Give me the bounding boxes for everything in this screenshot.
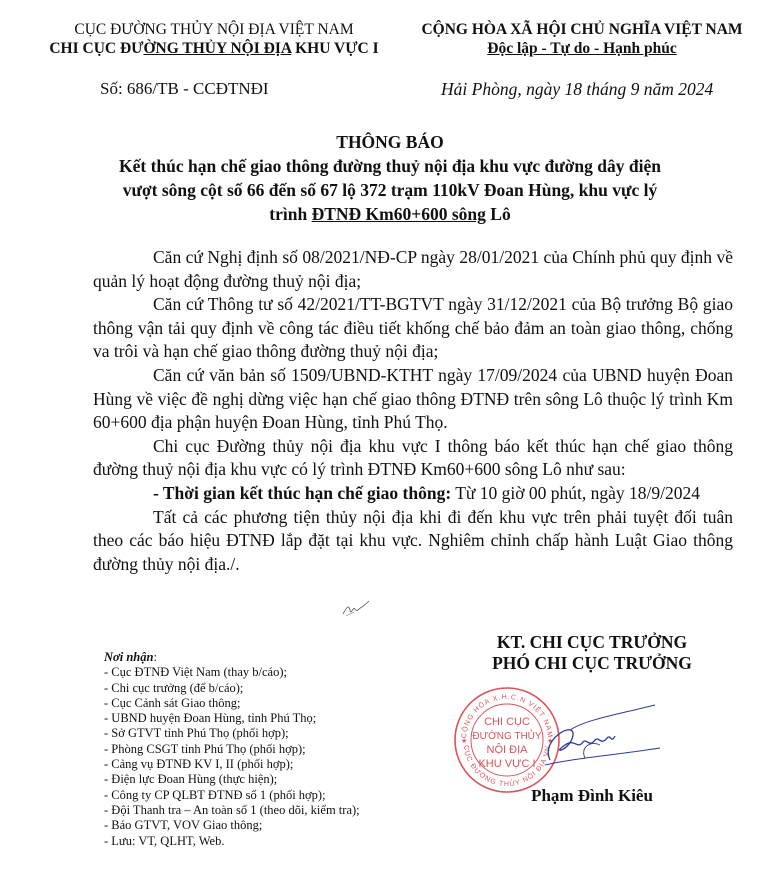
- notice-heading: THÔNG BÁO: [60, 130, 720, 154]
- svg-text:NỘI ĐỊA: NỘI ĐỊA: [487, 743, 529, 756]
- country-name: CỘNG HÒA XÃ HỘI CHỦ NGHĨA VIỆT NAM: [402, 20, 762, 39]
- end-time-item: - Thời gian kết thúc hạn chế giao thông:…: [93, 482, 733, 506]
- recipient-item: - Đội Thanh tra – An toàn số 1 (theo dõi…: [104, 803, 360, 818]
- notice-title-block: THÔNG BÁO Kết thúc hạn chế giao thông đư…: [60, 130, 720, 226]
- place-and-date: Hải Phòng, ngày 18 tháng 9 năm 2024: [441, 79, 713, 100]
- subject-underline: ĐTNĐ Km60+600 sông: [312, 204, 486, 224]
- svg-text:ĐƯỜNG THỦY: ĐƯỜNG THỦY: [472, 729, 541, 742]
- signatory-title: KT. CHI CỤC TRƯỞNG PHÓ CHI CỤC TRƯỞNG: [452, 632, 732, 674]
- notice-subject-line-2: vượt sông cột số 66 đến số 67 lộ 372 trạ…: [60, 178, 720, 202]
- notice-body: Căn cứ Nghị định số 08/2021/NĐ-CP ngày 2…: [93, 246, 733, 576]
- recipient-item: - Lưu: VT, QLHT, Web.: [104, 834, 360, 849]
- recipient-item: - Cục ĐTNĐ Việt Nam (thay b/cáo);: [104, 665, 360, 680]
- recipient-item: - Cục Cảnh sát Giao thông;: [104, 696, 360, 711]
- recipients-block: Nơi nhận: - Cục ĐTNĐ Việt Nam (thay b/cá…: [104, 650, 360, 849]
- recipient-item: - Báo GTVT, VOV Giao thông;: [104, 818, 360, 833]
- recipients-heading: Nơi nhận:: [104, 650, 360, 665]
- recipient-item: - Điện lực Đoan Hùng (thực hiện);: [104, 772, 360, 787]
- recipient-item: - Cảng vụ ĐTNĐ KV I, II (phối hợp);: [104, 757, 360, 772]
- signatory-title-line-2: PHÓ CHI CỤC TRƯỞNG: [452, 653, 732, 674]
- legal-basis-circular: Căn cứ Thông tư số 42/2021/TT-BGTVT ngày…: [93, 293, 733, 364]
- recipient-item: - UBND huyện Đoan Hùng, tỉnh Phú Thọ;: [104, 711, 360, 726]
- national-header-block: CỘNG HÒA XÃ HỘI CHỦ NGHĨA VIỆT NAM Độc l…: [402, 20, 762, 58]
- handwritten-signature-icon: [545, 700, 665, 780]
- recipient-item: - Chi cục trưởng (để b/cáo);: [104, 681, 360, 696]
- initials-mark-icon: [340, 600, 370, 620]
- agency-name-underline: ỜNG THỦY NỘI ĐỊA: [144, 40, 292, 57]
- notice-subject-line-3: trình ĐTNĐ Km60+600 sông Lô: [60, 202, 720, 226]
- compliance-paragraph: Tất cả các phương tiện thủy nội địa khi …: [93, 506, 733, 577]
- announcement-intro: Chi cục Đường thủy nội địa khu vực I thô…: [93, 435, 733, 482]
- svg-text:★: ★: [461, 737, 467, 745]
- agency-name: CHI CỤC ĐƯỜNG THỦY NỘI ĐỊA KHU VỰC I: [30, 39, 398, 58]
- legal-basis-decree: Căn cứ Nghị định số 08/2021/NĐ-CP ngày 2…: [93, 246, 733, 293]
- parent-agency: CỤC ĐƯỜNG THỦY NỘI ĐỊA VIỆT NAM: [30, 20, 398, 39]
- national-motto: Độc lập - Tự do - Hạnh phúc: [402, 39, 762, 58]
- document-number: Số: 686/TB - CCĐTNĐI: [100, 79, 269, 99]
- legal-basis-document: Căn cứ văn bản số 1509/UBND-KTHT ngày 17…: [93, 364, 733, 435]
- svg-text:KHU VỰC I: KHU VỰC I: [478, 758, 535, 770]
- signatory-title-line-1: KT. CHI CỤC TRƯỞNG: [452, 632, 732, 653]
- recipient-item: - Công ty CP QLBT ĐTNĐ số 1 (phối hợp);: [104, 788, 360, 803]
- recipient-item: - Phòng CSGT tỉnh Phú Thọ (phối hợp);: [104, 742, 360, 757]
- signer-name: Phạm Đình Kiêu: [452, 786, 732, 806]
- recipient-item: - Sở GTVT tỉnh Phú Thọ (phối hợp);: [104, 726, 360, 741]
- notice-subject-line-1: Kết thúc hạn chế giao thông đường thuỷ n…: [60, 154, 720, 178]
- issuing-agency-block: CỤC ĐƯỜNG THỦY NỘI ĐỊA VIỆT NAM CHI CỤC …: [30, 20, 398, 58]
- svg-text:CHI CỤC: CHI CỤC: [484, 716, 530, 728]
